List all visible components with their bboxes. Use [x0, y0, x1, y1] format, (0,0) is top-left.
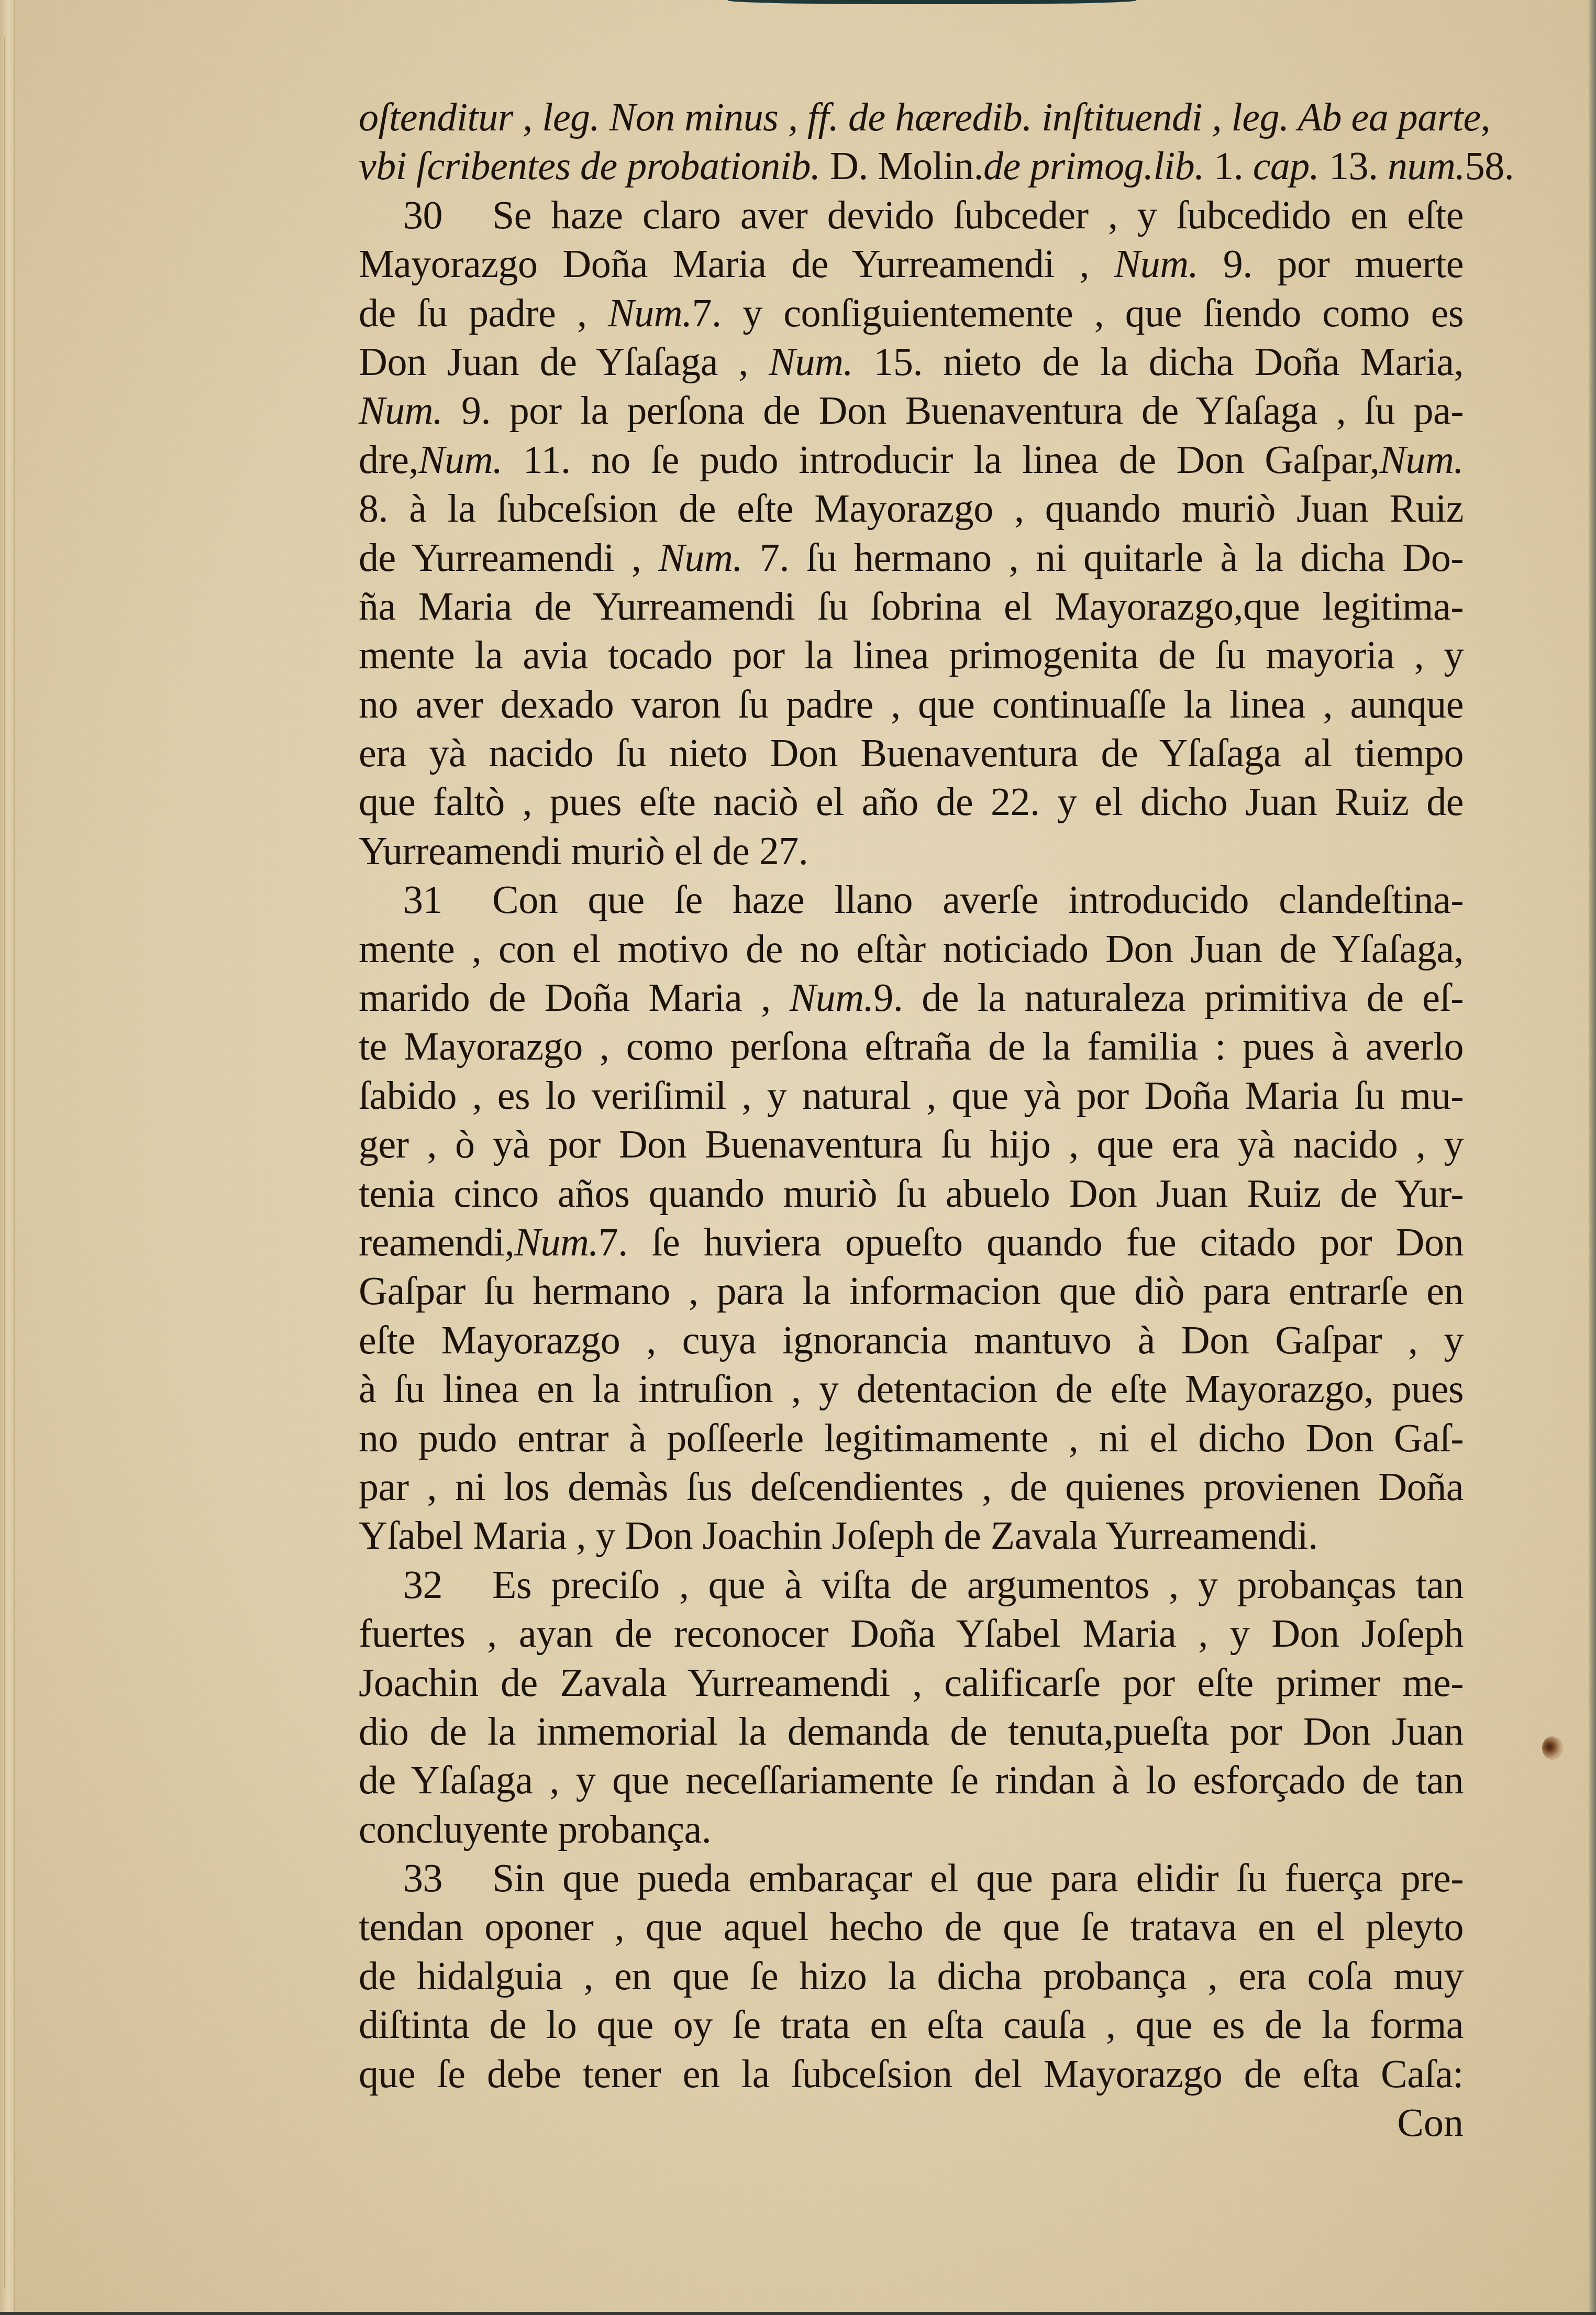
- text-line: marido de Doña Maria , Num.9. de la natu…: [359, 974, 1464, 1022]
- text-line: no pudo entrar à poſſeerle legitimamente…: [359, 1414, 1464, 1463]
- text-line: de ſu padre , Num.7. y conſiguientemente…: [359, 289, 1464, 338]
- text-segment: Con que ſe haze llano averſe introducido…: [492, 878, 1464, 922]
- text-segment: diſtinta de lo que oy ſe trata en eſta c…: [359, 2003, 1464, 2047]
- italic-citation: num.: [1388, 144, 1465, 188]
- text-line: que ſe debe tener en la ſubceſsion del M…: [359, 2050, 1464, 2099]
- text-segment: te Mayorazgo , como perſona eſtraña de l…: [359, 1024, 1464, 1068]
- text-segment: 58.: [1465, 144, 1514, 188]
- body-text: oſtenditur , leg. Non minus , ff. de hær…: [359, 93, 1464, 2147]
- text-line: dre,Num. 11. no ſe pudo introducir la li…: [359, 436, 1464, 484]
- text-segment: 9. por la perſona de Don Buenaventura de…: [443, 389, 1464, 433]
- paragraph-start-line: 33Sin que pueda embaraçar el que para el…: [359, 1854, 1464, 1903]
- text-line: mente , con el motivo de no eſtàr notici…: [359, 925, 1464, 974]
- text-segment: reamendi,: [359, 1220, 514, 1264]
- text-line: Gaſpar ſu hermano , para la informacion …: [359, 1267, 1464, 1316]
- text-segment: tendan oponer , que aquel hecho de que ſ…: [359, 1905, 1464, 1949]
- text-segment: par , ni los demàs ſus deſcendientes , d…: [359, 1465, 1464, 1509]
- text-line: oſtenditur , leg. Non minus , ff. de hær…: [359, 93, 1464, 142]
- paragraph-number: 30: [403, 191, 492, 240]
- text-segment: de Yurreamendi ,: [359, 536, 658, 580]
- italic-citation: Num.: [359, 389, 443, 433]
- text-line: de Yurreamendi , Num. 7. ſu hermano , ni…: [359, 534, 1464, 582]
- paragraph-start-line: 32Es preciſo , que à viſta de argumentos…: [359, 1561, 1464, 1610]
- text-segment: Mayorazgo Doña Maria de Yurreamendi ,: [359, 242, 1114, 286]
- text-segment: 15. nieto de la dicha Doña Maria,: [853, 340, 1464, 384]
- text-line: 8. à la ſubceſsion de eſte Mayorazgo , q…: [359, 484, 1464, 533]
- text-segment: D. Molin.: [820, 144, 983, 188]
- binding-line: [4, 37, 5, 2289]
- paragraph-number: 31: [403, 876, 492, 924]
- paragraph-number: 33: [403, 1854, 492, 1903]
- text-segment: Se haze claro aver devido ſubceder , y ſ…: [492, 193, 1464, 237]
- italic-citation: de primog.lib.: [983, 144, 1204, 188]
- text-segment: mente la avia tocado por la linea primog…: [359, 633, 1464, 677]
- italic-citation: Num.: [1114, 242, 1199, 286]
- text-segment: ger , ò yà por Don Buenaventura ſu hijo …: [359, 1122, 1464, 1166]
- text-line: reamendi,Num.7. ſe huviera opueſto quand…: [359, 1218, 1464, 1267]
- italic-citation: Num.: [608, 291, 692, 335]
- text-line: concluyente probança.: [359, 1805, 1464, 1854]
- text-line: ña Maria de Yurreamendi ſu ſobrina el Ma…: [359, 582, 1464, 631]
- text-line: ſabido , es lo veriſimil , y natural , q…: [359, 1072, 1464, 1120]
- text-line: Mayorazgo Doña Maria de Yurreamendi , Nu…: [359, 240, 1464, 289]
- text-segment: fuertes , ayan de reconocer Doña Yſabel …: [359, 1612, 1464, 1656]
- text-segment: ña Maria de Yurreamendi ſu ſobrina el Ma…: [359, 585, 1464, 629]
- text-segment: 1.: [1204, 144, 1253, 188]
- top-edge-shadow: [728, 0, 1136, 4]
- italic-citation: cap.: [1253, 144, 1320, 188]
- italic-citation: Num.: [1379, 438, 1464, 482]
- right-edge-shadow: [1589, 0, 1596, 2315]
- paragraph-number: 32: [403, 1561, 492, 1610]
- text-segment: Gaſpar ſu hermano , para la informacion …: [359, 1269, 1464, 1313]
- text-line: dio de la inmemorial la demanda de tenut…: [359, 1707, 1464, 1756]
- text-segment: concluyente probança.: [359, 1807, 711, 1851]
- text-line: diſtinta de lo que oy ſe trata en eſta c…: [359, 2001, 1464, 2049]
- italic-citation: Num.: [658, 536, 742, 580]
- text-segment: dre,: [359, 438, 418, 482]
- text-segment: era yà nacido ſu nieto Don Buenaventura …: [359, 731, 1464, 775]
- text-line: era yà nacido ſu nieto Don Buenaventura …: [359, 729, 1464, 778]
- text-segment: dio de la inmemorial la demanda de tenut…: [359, 1710, 1464, 1754]
- text-line: ger , ò yà por Don Buenaventura ſu hijo …: [359, 1120, 1464, 1169]
- italic-citation: oſtenditur , leg. Non minus , ff. de hær…: [359, 95, 1490, 139]
- bottom-edge-shadow: [0, 2312, 1596, 2315]
- text-segment: Sin que pueda embaraçar el que para elid…: [492, 1856, 1464, 1900]
- text-line: de Yſaſaga , y que neceſſariamente ſe ri…: [359, 1756, 1464, 1805]
- text-line: tendan oponer , que aquel hecho de que ſ…: [359, 1903, 1464, 1952]
- text-line: te Mayorazgo , como perſona eſtraña de l…: [359, 1022, 1464, 1071]
- italic-citation: vbi ſcribentes de probationib.: [359, 144, 820, 188]
- text-line: Joachin de Zavala Yurreamendi , califica…: [359, 1659, 1464, 1707]
- italic-citation: Num.: [790, 976, 874, 1020]
- italic-citation: Num.: [769, 340, 853, 384]
- text-line: fuertes , ayan de reconocer Doña Yſabel …: [359, 1610, 1464, 1658]
- binding-edge: [0, 0, 15, 2315]
- text-line: à ſu linea en la intruſion , y detentaci…: [359, 1365, 1464, 1414]
- text-line: no aver dexado varon ſu padre , que cont…: [359, 680, 1464, 729]
- text-line: mente la avia tocado por la linea primog…: [359, 631, 1464, 680]
- text-segment: 9. de la naturaleza primitiva de eſ-: [873, 976, 1464, 1020]
- catchword: Con: [359, 2099, 1464, 2147]
- ink-stain: [1542, 1736, 1563, 1760]
- text-line: eſte Mayorazgo , cuya ignorancia mantuvo…: [359, 1316, 1464, 1365]
- text-segment: 11. no ſe pudo introducir la linea de Do…: [503, 438, 1380, 482]
- text-segment: de ſu padre ,: [359, 291, 608, 335]
- text-segment: Yſabel Maria , y Don Joachin Joſeph de Z…: [359, 1514, 1318, 1558]
- text-line: Yſabel Maria , y Don Joachin Joſeph de Z…: [359, 1512, 1464, 1560]
- text-segment: 7. ſe huviera opueſto quando fue citado …: [598, 1220, 1464, 1264]
- text-segment: no pudo entrar à poſſeerle legitimamente…: [359, 1416, 1464, 1460]
- text-segment: no aver dexado varon ſu padre , que cont…: [359, 682, 1464, 726]
- text-segment: marido de Doña Maria ,: [359, 976, 790, 1020]
- scanned-page: oſtenditur , leg. Non minus , ff. de hær…: [0, 0, 1596, 2315]
- text-segment: mente , con el motivo de no eſtàr notici…: [359, 927, 1464, 971]
- text-segment: de Yſaſaga , y que neceſſariamente ſe ri…: [359, 1758, 1464, 1802]
- text-segment: à ſu linea en la intruſion , y detentaci…: [359, 1367, 1464, 1411]
- text-line: que faltò , pues eſte naciò el año de 22…: [359, 778, 1464, 826]
- text-segment: de hidalguia , en que ſe hizo la dicha p…: [359, 1954, 1464, 1998]
- text-line: Yurreamendi muriò el de 27.: [359, 827, 1464, 876]
- text-line: Don Juan de Yſaſaga , Num. 15. nieto de …: [359, 338, 1464, 387]
- text-segment: tenia cinco años quando muriò ſu abuelo …: [359, 1172, 1464, 1216]
- text-line: de hidalguia , en que ſe hizo la dicha p…: [359, 1952, 1464, 2001]
- italic-citation: Num.: [514, 1220, 598, 1264]
- text-segment: que ſe debe tener en la ſubceſsion del M…: [359, 2052, 1464, 2096]
- text-segment: 7. y conſiguientemente , que ſiendo como…: [692, 291, 1464, 335]
- paragraph-start-line: 30Se haze claro aver devido ſubceder , y…: [359, 191, 1464, 240]
- text-line: tenia cinco años quando muriò ſu abuelo …: [359, 1170, 1464, 1218]
- text-segment: Yurreamendi muriò el de 27.: [359, 829, 808, 873]
- text-line: vbi ſcribentes de probationib. D. Molin.…: [359, 142, 1464, 191]
- text-segment: eſte Mayorazgo , cuya ignorancia mantuvo…: [359, 1318, 1464, 1362]
- text-segment: 13.: [1319, 144, 1388, 188]
- text-segment: Don Juan de Yſaſaga ,: [359, 340, 769, 384]
- text-segment: que faltò , pues eſte naciò el año de 22…: [359, 780, 1464, 824]
- text-segment: Joachin de Zavala Yurreamendi , califica…: [359, 1661, 1464, 1705]
- text-line: par , ni los demàs ſus deſcendientes , d…: [359, 1463, 1464, 1512]
- text-segment: 8. à la ſubceſsion de eſte Mayorazgo , q…: [359, 487, 1464, 531]
- text-segment: 7. ſu hermano , ni quitarle à la dicha D…: [742, 536, 1464, 580]
- italic-citation: Num.: [418, 438, 503, 482]
- text-line: Num. 9. por la perſona de Don Buenaventu…: [359, 387, 1464, 435]
- text-segment: ſabido , es lo veriſimil , y natural , q…: [359, 1074, 1464, 1118]
- text-segment: 9. por muerte: [1198, 242, 1464, 286]
- text-segment: Es preciſo , que à viſta de argumentos ,…: [492, 1563, 1464, 1607]
- paragraph-start-line: 31Con que ſe haze llano averſe introduci…: [359, 876, 1464, 924]
